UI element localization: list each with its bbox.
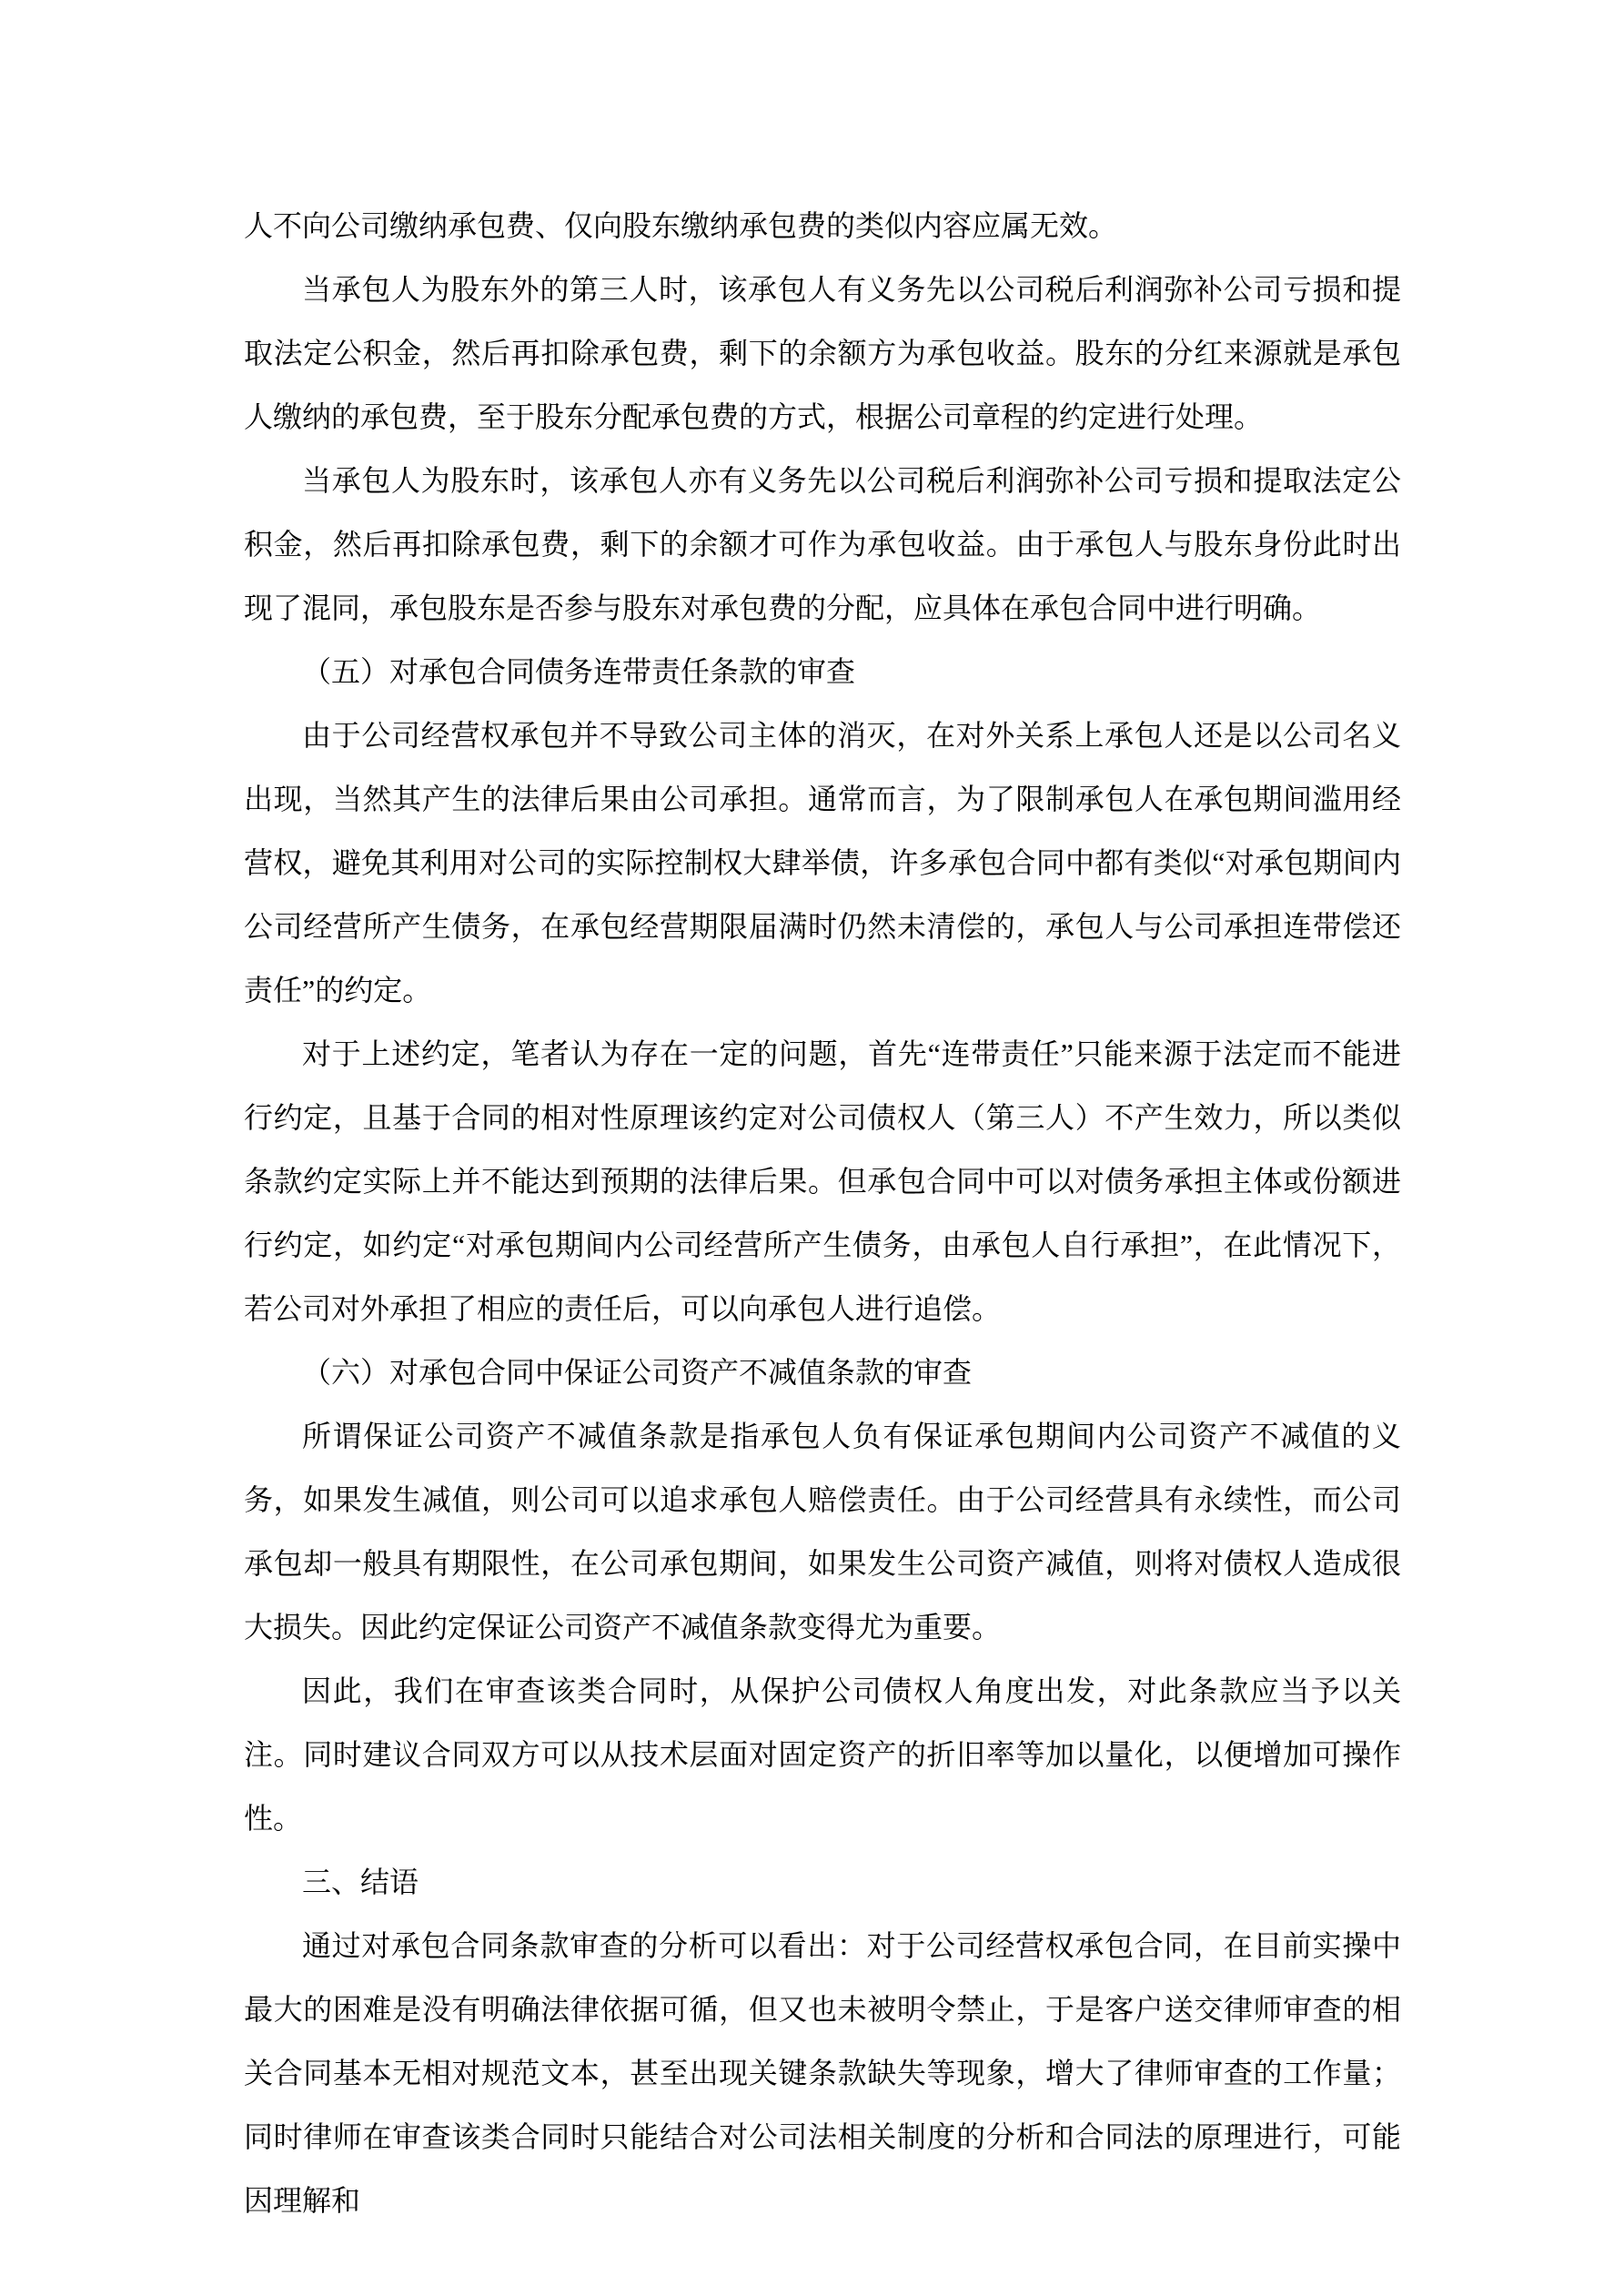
paragraph: 通过对承包合同条款审查的分析可以看出：对于公司经营权承包合同，在目前实操中最大的… [244,1914,1401,2232]
section-heading-6: （六）对承包合同中保证公司资产不减值条款的审查 [244,1340,1401,1404]
section-heading-conclusion: 三、结语 [244,1850,1401,1914]
text-block: 人不向公司缴纳承包费、仅向股东缴纳承包费的类似内容应属无效。 当承包人为股东外的… [244,194,1401,2232]
paragraph: 所谓保证公司资产不减值条款是指承包人负有保证承包期间内公司资产不减值的义务，如果… [244,1404,1401,1659]
paragraph: 对于上述约定，笔者认为存在一定的问题，首先“连带责任”只能来源于法定而不能进行约… [244,1022,1401,1340]
paragraph: 由于公司经营权承包并不导致公司主体的消灭，在对外关系上承包人还是以公司名义出现，… [244,703,1401,1022]
paragraph: 当承包人为股东外的第三人时，该承包人有义务先以公司税后利润弥补公司亏损和提取法定… [244,258,1401,449]
paragraph: 因此，我们在审查该类合同时，从保护公司债权人角度出发，对此条款应当予以关注。同时… [244,1659,1401,1850]
paragraph: 当承包人为股东时，该承包人亦有义务先以公司税后利润弥补公司亏损和提取法定公积金，… [244,449,1401,640]
paragraph-continuation: 人不向公司缴纳承包费、仅向股东缴纳承包费的类似内容应属无效。 [244,194,1401,258]
section-heading-5: （五）对承包合同债务连带责任条款的审查 [244,640,1401,703]
document-page: 人不向公司缴纳承包费、仅向股东缴纳承包费的类似内容应属无效。 当承包人为股东外的… [0,0,1624,2296]
